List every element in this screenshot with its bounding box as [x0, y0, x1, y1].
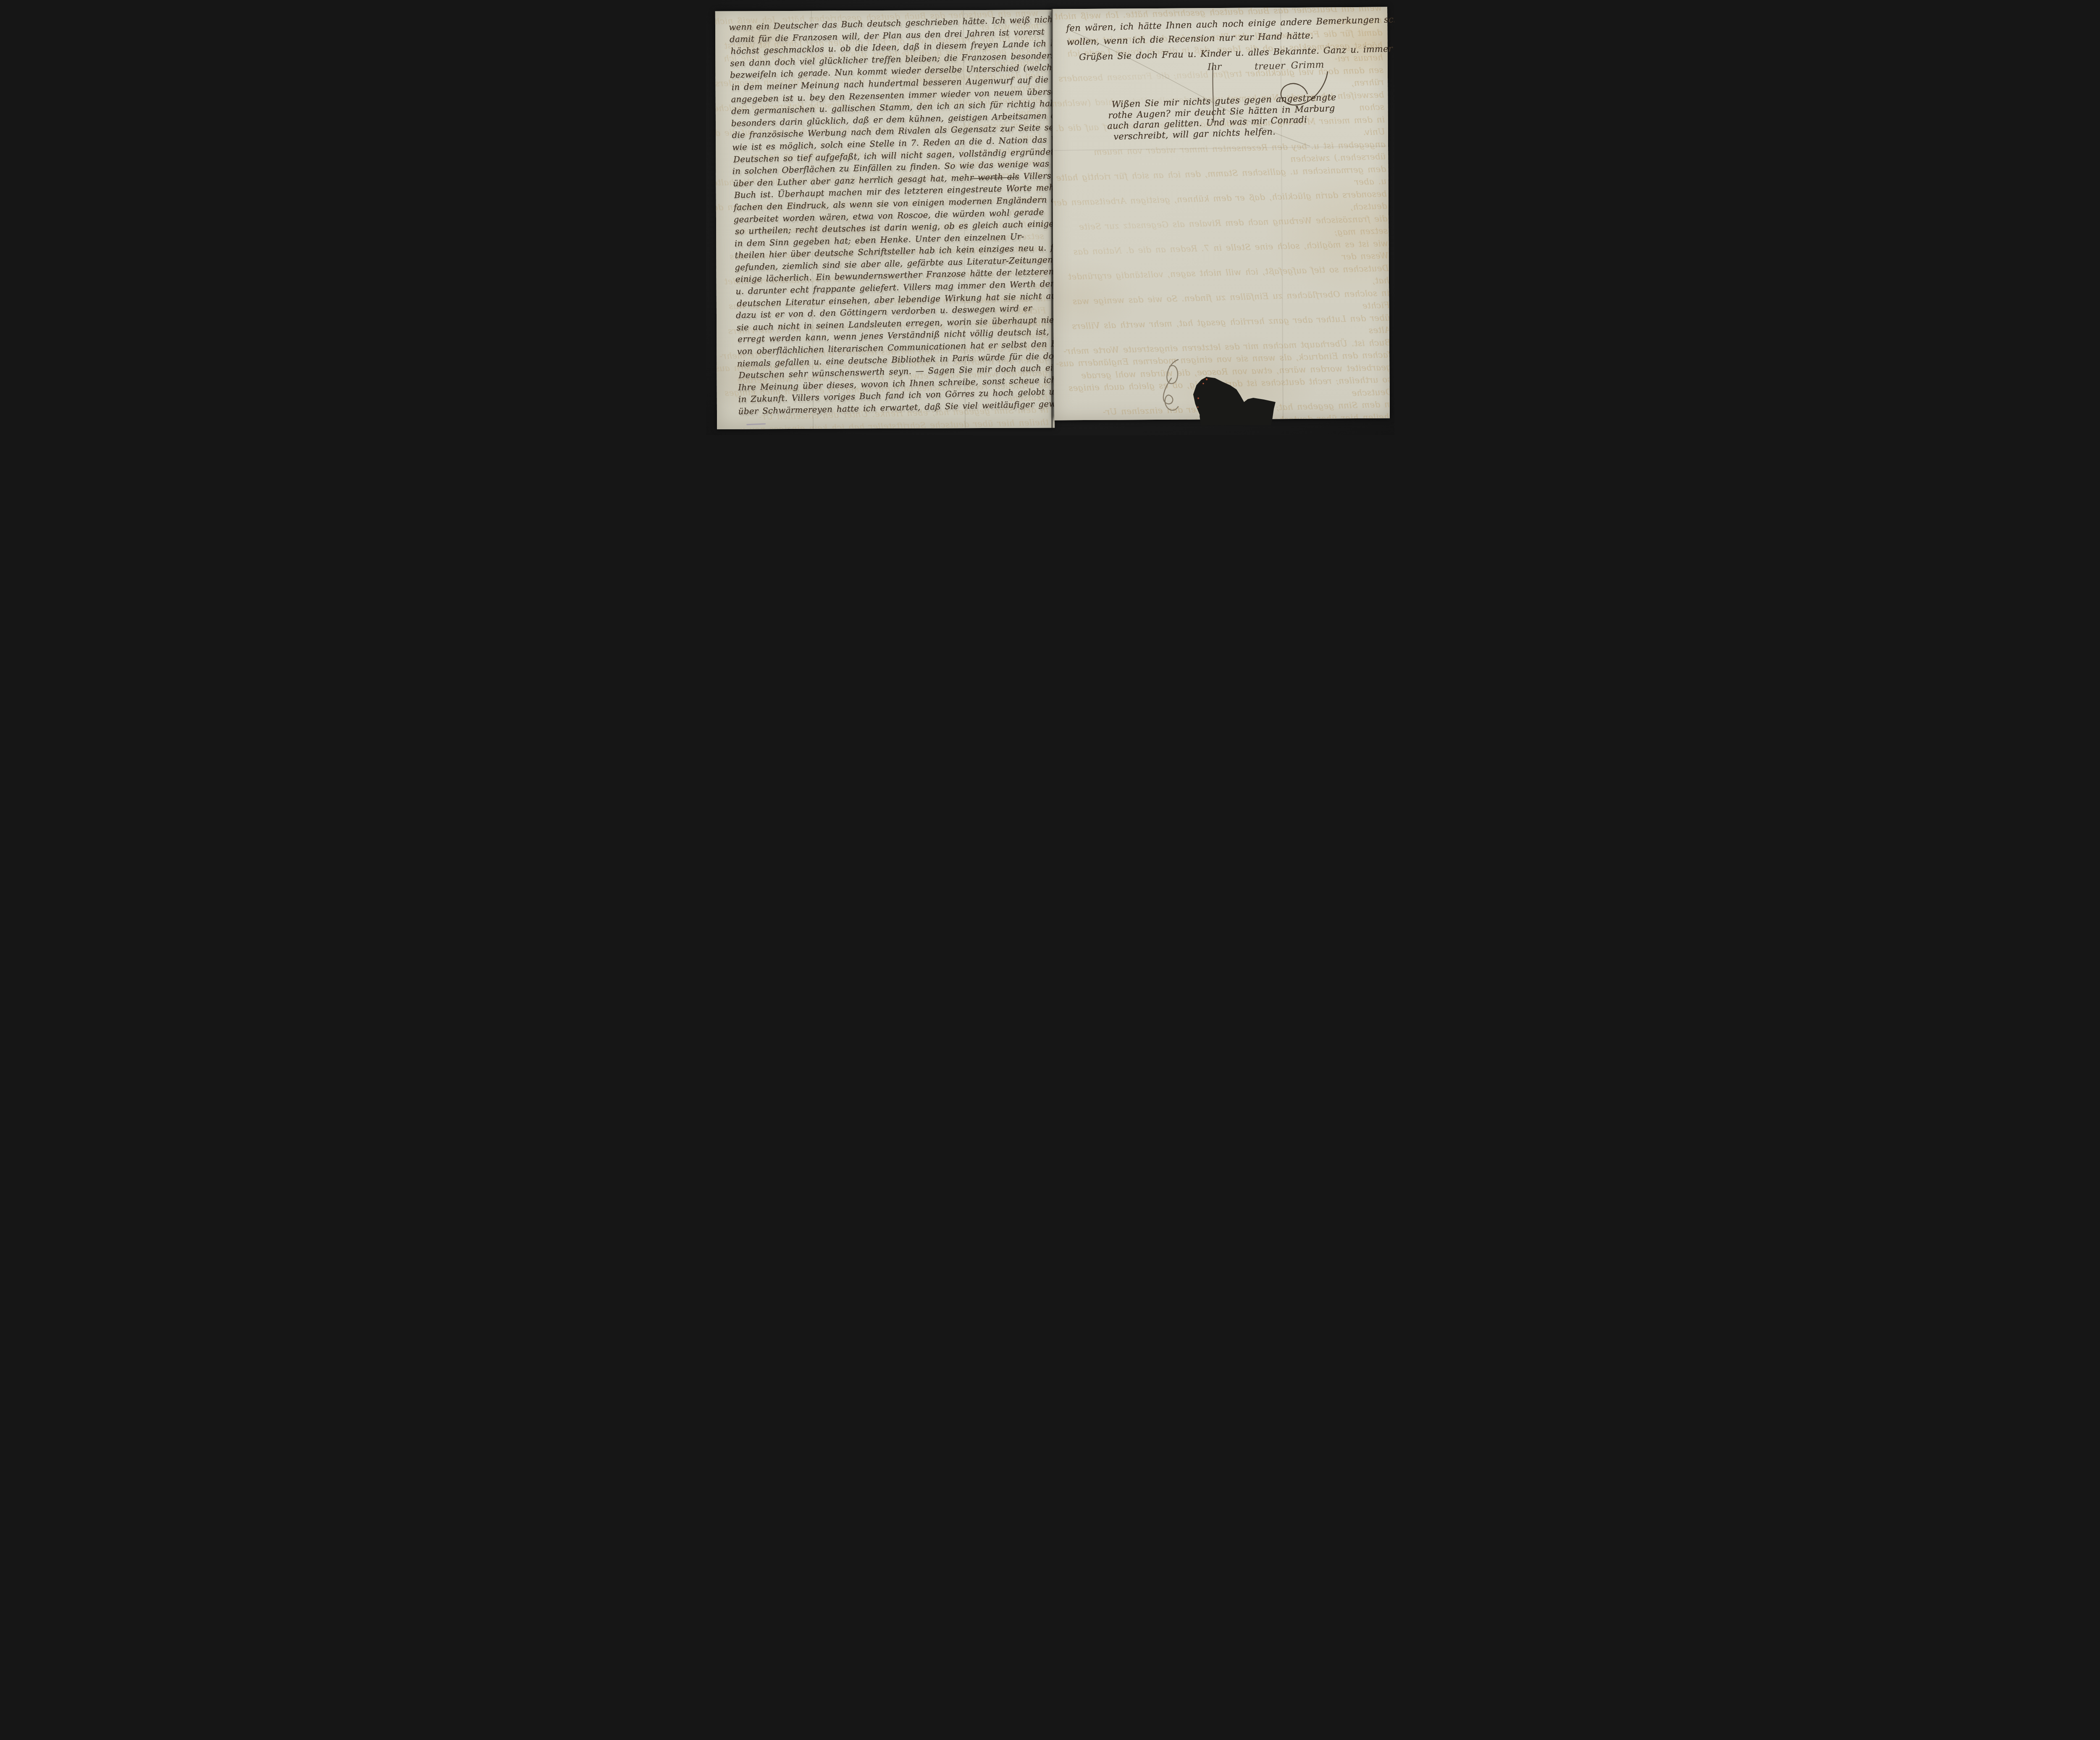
bleedthrough-line: in dem Sinn gegeben hat; eben Henke. Unt… — [1052, 398, 1390, 420]
bleedthrough-line: in solchen Oberflächen zu Einfällen zu f… — [1052, 287, 1390, 321]
postscript-block: Wißen Sie mir nichts gutes gegen angestr… — [1111, 93, 1310, 142]
right-page: wenn ein Deutscher das Buch deutsch gesc… — [1052, 7, 1390, 421]
bleedthrough-line: fachen den Eindruck, als wenn sie von ei… — [1052, 349, 1390, 370]
bleedthrough-line: Deutschen so tief aufgefaßt, ich will ni… — [1052, 262, 1389, 296]
bleedthrough-line: die französische Werbung nach dem Rivale… — [1052, 213, 1388, 247]
signature-pronoun: Ihr — [1207, 62, 1221, 73]
scan-background: wenn ein Deutscher das Buch deutsch gesc… — [706, 0, 1394, 435]
bleedthrough-line: besonders darin glücklich, daß er dem kü… — [1052, 188, 1387, 222]
bleedthrough-line: gearbeitet worden wären, etwa von Roscoe… — [1052, 361, 1390, 383]
bleedthrough-line: angegeben ist u. bey den Rezensenten imm… — [1052, 138, 1386, 172]
bleedthrough-line: über den Luther aber ganz herrlich gesag… — [1052, 312, 1390, 346]
bleedthrough-line: so urtheilen; recht deutsches ist darin … — [1052, 373, 1390, 407]
left-page-handwriting: wenn ein Deutscher das Buch deutsch gesc… — [729, 13, 1058, 418]
left-page: wenn ein Deutscher das Buch deutsch gesc… — [715, 10, 1054, 429]
fold-crease-horizontal — [1054, 146, 1386, 151]
faint-violet-mark — [746, 423, 766, 425]
bleedthrough-line: wie ist es möglich, solch eine Stelle in… — [1052, 237, 1389, 271]
bleedthrough-line: Buch ist. Überhaupt machen mir des letzt… — [1052, 336, 1390, 358]
bleedthrough-line: dem germanischen u. gallischen Stamm, de… — [1052, 163, 1386, 197]
signature-name: treuer Grimm — [1254, 60, 1324, 72]
bleedthrough-line: theilen hier über deutsche Schriftstelle… — [1053, 410, 1390, 420]
